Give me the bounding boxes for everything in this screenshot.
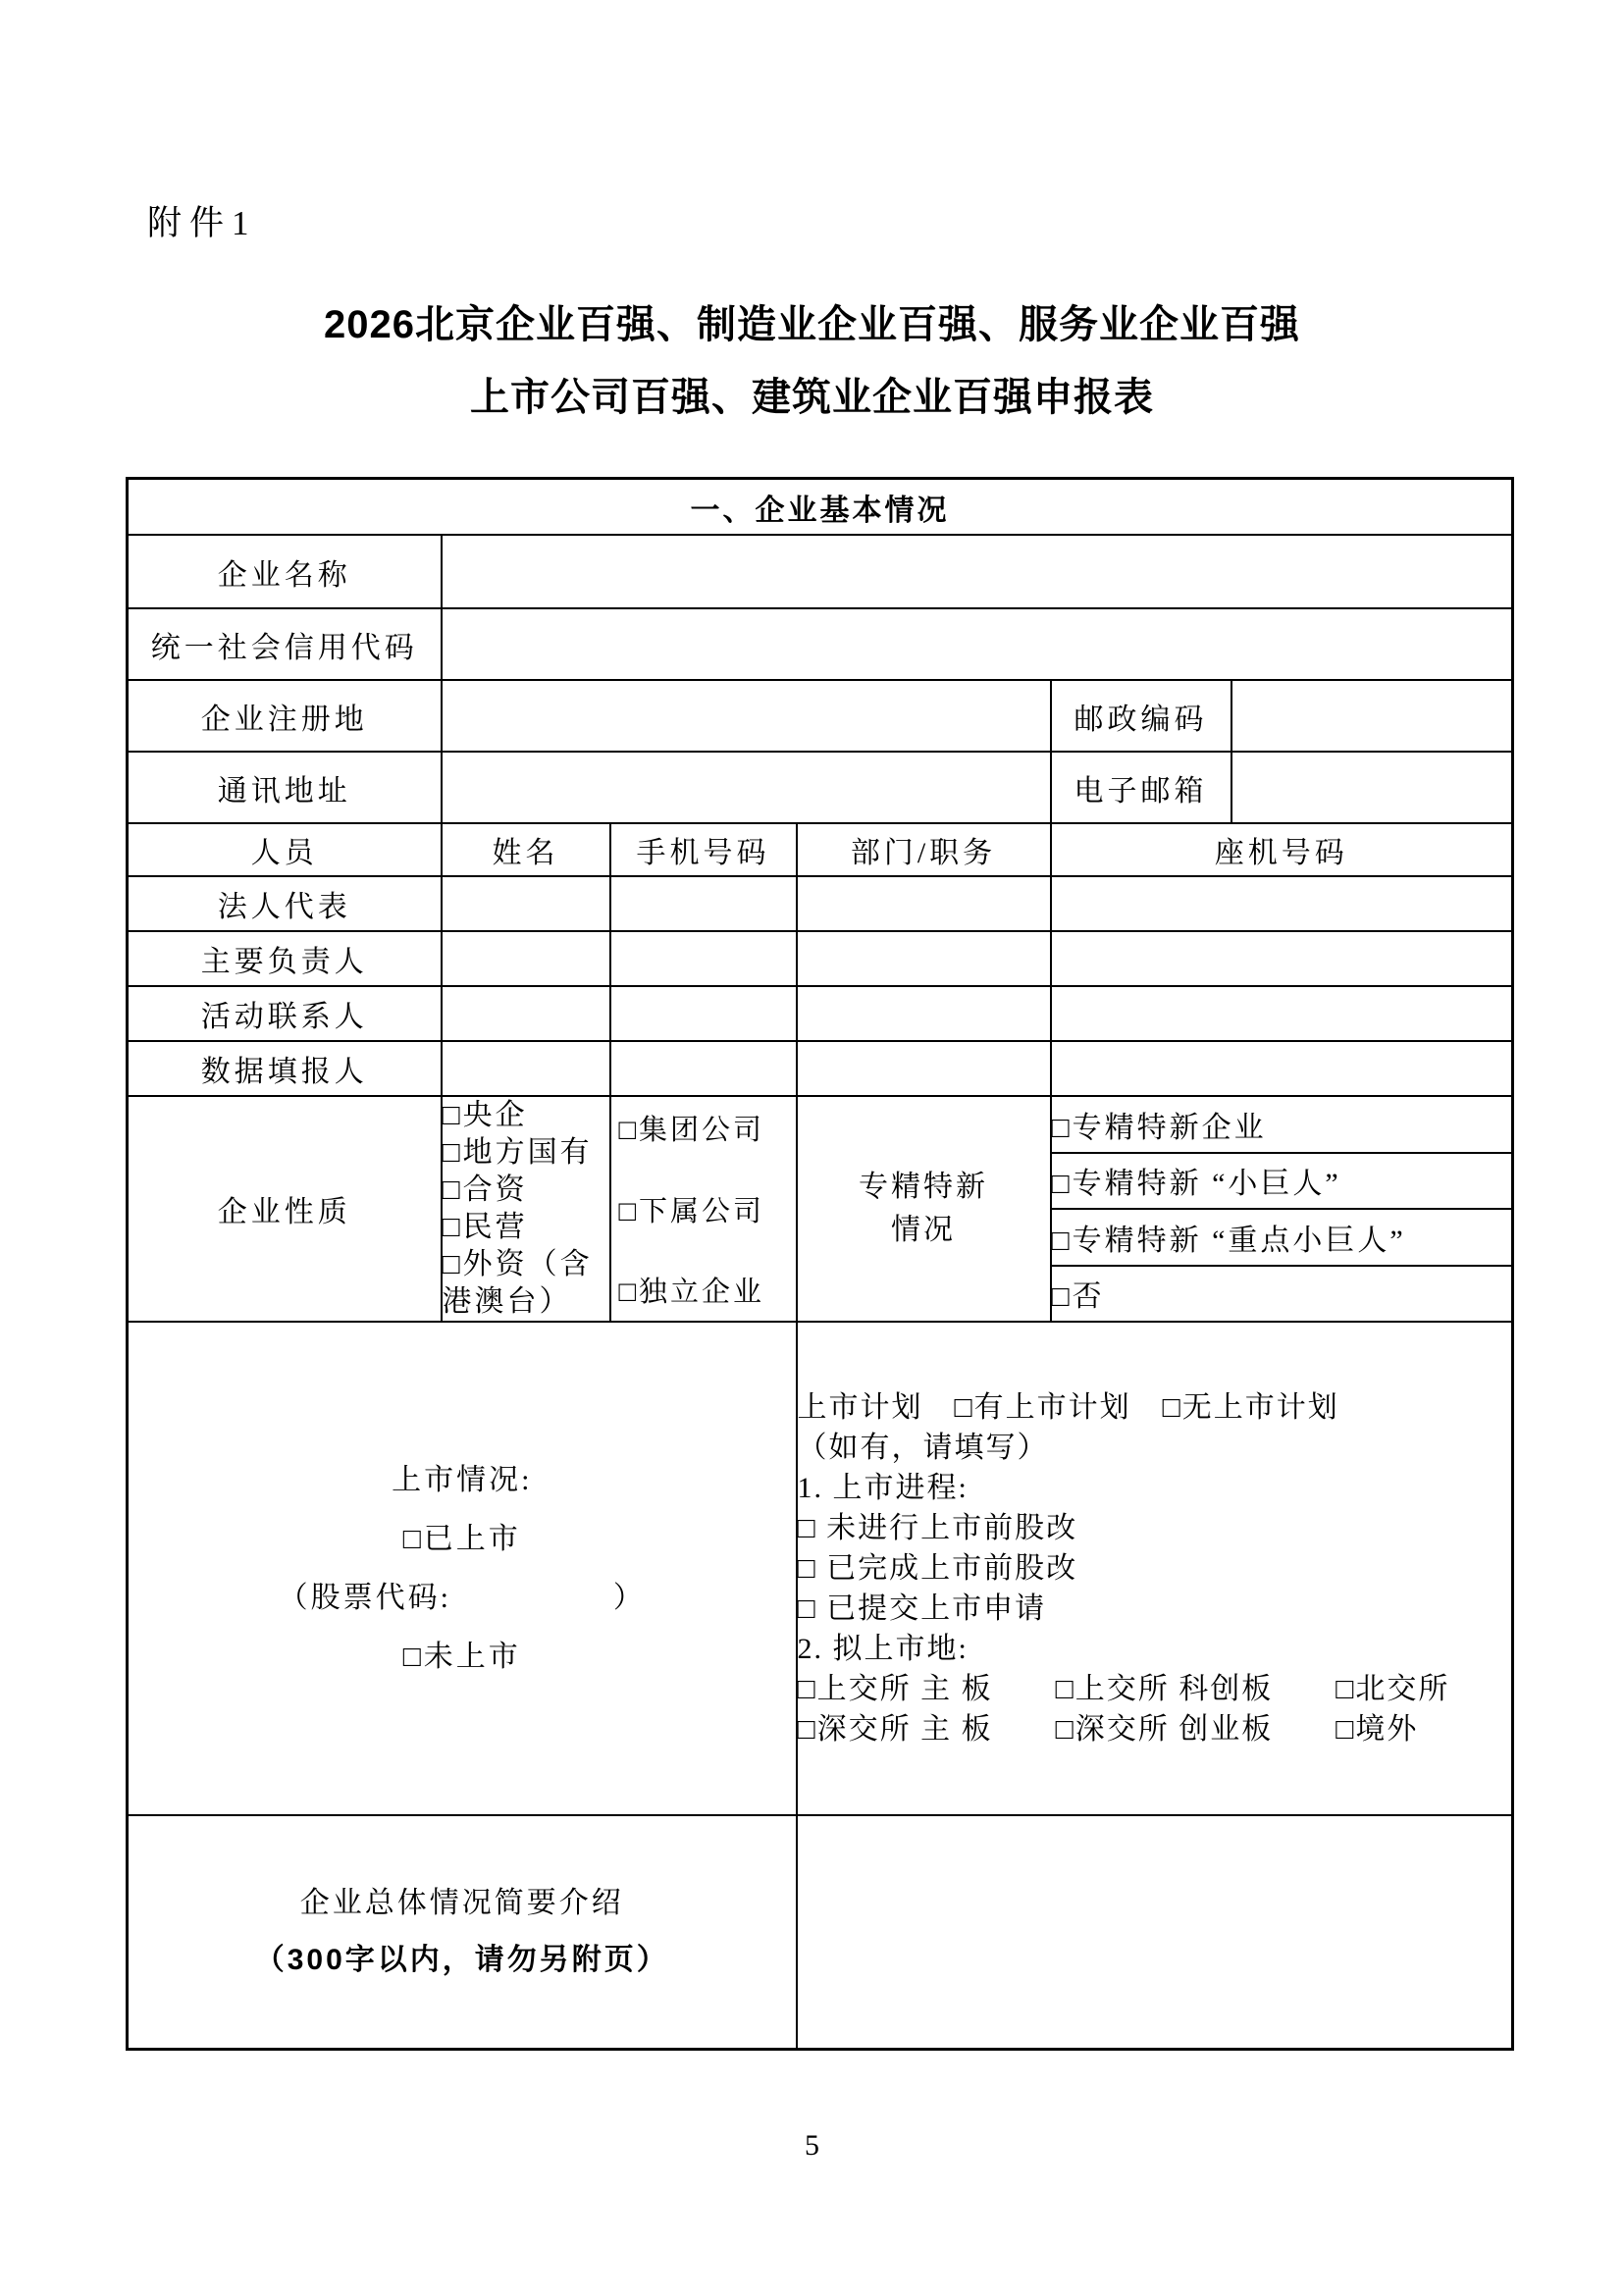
attachment-label: 附件1: [147, 196, 257, 245]
personnel-header-mobile: 手机号码: [610, 823, 797, 876]
credit-code-row: 统一社会信用代码: [128, 608, 1513, 680]
intro-note: （300字以内，请勿另附页）: [129, 1932, 796, 1989]
data-reporter-label: 数据填报人: [128, 1041, 442, 1096]
legal-representative-label: 法人代表: [128, 876, 442, 931]
checkbox-completed-pre-ipo-reform[interactable]: □ 已完成上市前股改: [798, 1548, 1512, 1589]
checkbox-group-company[interactable]: □集团公司: [619, 1108, 796, 1148]
legal-representative-name-input[interactable]: [442, 876, 610, 931]
checkbox-subsidiary-company[interactable]: □下属公司: [619, 1189, 796, 1229]
ownership-options-cell: □央企 □地方国有 □合资 □民营 □外资（含港澳台）: [442, 1096, 610, 1322]
activity-contact-name-input[interactable]: [442, 986, 610, 1041]
checkbox-not-listed[interactable]: □未上市: [129, 1628, 796, 1687]
legal-representative-landline-input[interactable]: [1051, 876, 1513, 931]
zjtx-status-label-line2: 情况: [798, 1209, 1050, 1252]
company-name-row: 企业名称: [128, 535, 1513, 608]
checkbox-zjtx-no[interactable]: □否: [1051, 1266, 1513, 1323]
form-title-line2: 上市公司百强、建筑业企业百强申报表: [0, 366, 1624, 422]
activity-contact-label: 活动联系人: [128, 986, 442, 1041]
zjtx-status-label-cell: 专精特新 情况: [797, 1096, 1051, 1322]
listing-plan-cell: 上市计划 □有上市计划 □无上市计划 （如有，请填写） 1. 上市进程: □ 未…: [797, 1322, 1513, 1815]
checkbox-zjtx-little-giant[interactable]: □专精特新 “小巨人”: [1051, 1153, 1513, 1210]
document-page: 附件1 2026北京企业百强、制造业企业百强、服务业企业百强 上市公司百强、建筑…: [0, 0, 1624, 2295]
listing-row: 上市情况: □已上市 （股票代码: ） □未上市 上市计划 □有上市计划 □无上…: [128, 1322, 1513, 1815]
personnel-header-dept: 部门/职务: [797, 823, 1051, 876]
activity-contact-row: 活动联系人: [128, 986, 1513, 1041]
main-principal-label: 主要负责人: [128, 931, 442, 986]
company-name-label: 企业名称: [128, 535, 442, 608]
activity-contact-landline-input[interactable]: [1051, 986, 1513, 1041]
enterprise-nature-row: 企业性质 □央企 □地方国有 □合资 □民营 □外资（含港澳台） □集团公司 □…: [128, 1096, 1513, 1153]
intro-input[interactable]: [797, 1815, 1513, 2050]
data-reporter-dept-input[interactable]: [797, 1041, 1051, 1096]
postal-code-input[interactable]: [1231, 680, 1513, 752]
listing-plan-note: （如有，请填写）: [798, 1428, 1512, 1468]
checkbox-independent-company[interactable]: □独立企业: [619, 1270, 796, 1310]
listing-venue-options-row1[interactable]: □上交所 主 板 □上交所 科创板 □北交所: [798, 1669, 1512, 1709]
checkbox-zjtx-enterprise[interactable]: □专精特新企业: [1051, 1096, 1513, 1153]
section-header: 一、企业基本情况: [128, 479, 1513, 536]
listing-progress-label: 1. 上市进程:: [798, 1468, 1512, 1508]
checkbox-submitted-ipo-application[interactable]: □ 已提交上市申请: [798, 1589, 1512, 1629]
section-header-row: 一、企业基本情况: [128, 479, 1513, 536]
checkbox-joint-venture[interactable]: □合资: [443, 1172, 609, 1209]
personnel-header-person: 人员: [128, 823, 442, 876]
credit-code-input[interactable]: [442, 608, 1513, 680]
checkbox-no-pre-ipo-reform[interactable]: □ 未进行上市前股改: [798, 1508, 1512, 1548]
company-name-input[interactable]: [442, 535, 1513, 608]
credit-code-label: 统一社会信用代码: [128, 608, 442, 680]
listing-status-label: 上市情况:: [129, 1451, 796, 1510]
intro-label-cell: 企业总体情况简要介绍 （300字以内，请勿另附页）: [128, 1815, 797, 2050]
page-number: 5: [0, 2129, 1624, 2163]
legal-representative-mobile-input[interactable]: [610, 876, 797, 931]
zjtx-status-label-line1: 专精特新: [798, 1166, 1050, 1209]
email-input[interactable]: [1231, 752, 1513, 823]
personnel-header-landline: 座机号码: [1051, 823, 1513, 876]
data-reporter-landline-input[interactable]: [1051, 1041, 1513, 1096]
data-reporter-mobile-input[interactable]: [610, 1041, 797, 1096]
data-reporter-name-input[interactable]: [442, 1041, 610, 1096]
listing-venue-options-row2[interactable]: □深交所 主 板 □深交所 创业板 □境外: [798, 1709, 1512, 1749]
postal-code-label: 邮政编码: [1051, 680, 1231, 752]
main-principal-name-input[interactable]: [442, 931, 610, 986]
registered-place-input[interactable]: [442, 680, 1051, 752]
mailing-address-label: 通讯地址: [128, 752, 442, 823]
checkbox-listed[interactable]: □已上市: [129, 1510, 796, 1569]
listing-plan-options[interactable]: 上市计划 □有上市计划 □无上市计划: [798, 1387, 1512, 1428]
activity-contact-dept-input[interactable]: [797, 986, 1051, 1041]
personnel-header-row: 人员 姓名 手机号码 部门/职务 座机号码: [128, 823, 1513, 876]
enterprise-nature-label: 企业性质: [128, 1096, 442, 1322]
org-structure-options-cell: □集团公司 □下属公司 □独立企业: [610, 1096, 797, 1322]
listing-status-cell: 上市情况: □已上市 （股票代码: ） □未上市: [128, 1322, 797, 1815]
checkbox-zjtx-key-little-giant[interactable]: □专精特新 “重点小巨人”: [1051, 1209, 1513, 1266]
intro-title: 企业总体情况简要介绍: [129, 1875, 796, 1932]
intro-row: 企业总体情况简要介绍 （300字以内，请勿另附页）: [128, 1815, 1513, 2050]
activity-contact-mobile-input[interactable]: [610, 986, 797, 1041]
data-reporter-row: 数据填报人: [128, 1041, 1513, 1096]
checkbox-local-state-owned[interactable]: □地方国有: [443, 1134, 609, 1172]
checkbox-foreign[interactable]: □外资（含港澳台）: [443, 1246, 609, 1321]
main-principal-landline-input[interactable]: [1051, 931, 1513, 986]
mailing-address-row: 通讯地址 电子邮箱: [128, 752, 1513, 823]
checkbox-private[interactable]: □民营: [443, 1209, 609, 1246]
registered-place-label: 企业注册地: [128, 680, 442, 752]
email-label: 电子邮箱: [1051, 752, 1231, 823]
legal-representative-row: 法人代表: [128, 876, 1513, 931]
mailing-address-input[interactable]: [442, 752, 1051, 823]
main-principal-row: 主要负责人: [128, 931, 1513, 986]
form-title-line1: 2026北京企业百强、制造业企业百强、服务业企业百强: [0, 293, 1624, 349]
proposed-listing-venue-label: 2. 拟上市地:: [798, 1629, 1512, 1669]
main-principal-dept-input[interactable]: [797, 931, 1051, 986]
basic-info-table: 一、企业基本情况 企业名称 统一社会信用代码 企业注册地 邮政编码 通讯地址 电…: [126, 477, 1514, 2051]
registered-place-row: 企业注册地 邮政编码: [128, 680, 1513, 752]
main-principal-mobile-input[interactable]: [610, 931, 797, 986]
personnel-header-name: 姓名: [442, 823, 610, 876]
stock-code-field[interactable]: （股票代码: ）: [129, 1569, 796, 1628]
checkbox-central-enterprise[interactable]: □央企: [443, 1097, 609, 1134]
legal-representative-dept-input[interactable]: [797, 876, 1051, 931]
